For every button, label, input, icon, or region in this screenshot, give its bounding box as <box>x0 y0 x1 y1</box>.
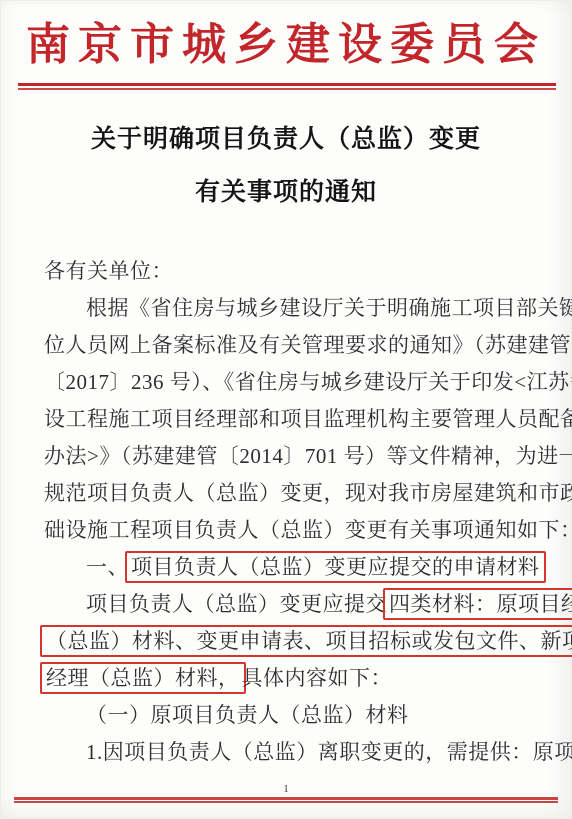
header-divider-thin-line <box>18 88 556 90</box>
footer-divider-top-line <box>14 797 558 800</box>
document-title-line2: 有关事项的通知 <box>0 177 572 209</box>
document-line: 经理（总监）材料，具体内容如下： <box>44 660 532 697</box>
body-text-segment: 位人员网上备案标准及有关管理要求的通知》（苏建建管 <box>44 333 571 357</box>
document-line: 设工程施工项目经理部和项目监理机构主要管理人员配备 <box>44 401 532 438</box>
document-line: 项目负责人（总监）变更应提交四类材料：原项目经理 <box>44 586 532 623</box>
footer-divider <box>14 797 558 803</box>
document-line: 础设施工程项目负责人（总监）变更有关事项通知如下： <box>44 512 532 549</box>
highlighted-text-segment: （总监）材料、变更申请表、项目招标或发包文件、新项目 <box>40 625 572 657</box>
body-text-segment: 〔2017〕236 号）、《省住房与城乡建设厅关于印发<江苏省建 <box>44 370 572 394</box>
body-text-segment: 1.因项目负责人（总监）离职变更的，需提供：原项目 <box>86 740 572 764</box>
body-text-segment: 办法>》（苏建建管〔2014〕701 号）等文件精神，为进一步 <box>44 444 572 468</box>
document-line: 〔2017〕236 号）、《省住房与城乡建设厅关于印发<江苏省建 <box>44 364 532 401</box>
highlighted-text-segment: 经理（总监）材料， <box>40 662 246 694</box>
highlighted-text-segment: 四类材料：原项目经理 <box>383 588 572 620</box>
body-text-segment: 础设施工程项目负责人（总监）变更有关事项通知如下： <box>44 518 572 542</box>
document-line: （总监）材料、变更申请表、项目招标或发包文件、新项目 <box>44 623 532 660</box>
document-page: 南京市城乡建设委员会 关于明确项目负责人（总监）变更 有关事项的通知 各有关单位… <box>0 0 572 819</box>
body-text-segment: 设工程施工项目经理部和项目监理机构主要管理人员配备 <box>44 407 572 431</box>
document-title-line1: 关于明确项目负责人（总监）变更 <box>0 124 572 156</box>
body-text-segment: 项目负责人（总监）变更应提交 <box>86 592 387 616</box>
document-line: 位人员网上备案标准及有关管理要求的通知》（苏建建管 <box>44 327 532 364</box>
footer-divider-bottom-line <box>14 801 558 803</box>
document-line: （一）原项目负责人（总监）材料 <box>44 697 532 734</box>
body-text-segment: （一）原项目负责人（总监）材料 <box>86 703 409 727</box>
document-line: 办法>》（苏建建管〔2014〕701 号）等文件精神，为进一步 <box>44 438 532 475</box>
highlighted-text-segment: 项目负责人（总监）变更应提交的申请材料 <box>125 551 546 583</box>
document-line: 各有关单位： <box>44 253 532 290</box>
letterhead: 南京市城乡建设委员会 <box>0 16 572 90</box>
document-line: 一、项目负责人（总监）变更应提交的申请材料 <box>44 549 532 586</box>
document-line: 根据《省住房与城乡建设厅关于明确施工项目部关键岗 <box>44 290 532 327</box>
body-text-segment: 根据《省住房与城乡建设厅关于明确施工项目部关键岗 <box>86 296 572 320</box>
document-body: 各有关单位：根据《省住房与城乡建设厅关于明确施工项目部关键岗位人员网上备案标准及… <box>0 253 572 771</box>
page-number: 1 <box>0 783 572 795</box>
document-line: 1.因项目负责人（总监）离职变更的，需提供：原项目 <box>44 734 532 771</box>
body-text-segment: 一、 <box>86 555 129 579</box>
header-divider <box>18 83 556 90</box>
body-text-segment: 具体内容如下： <box>242 666 393 690</box>
document-line: 规范项目负责人（总监）变更，现对我市房屋建筑和市政基 <box>44 475 532 512</box>
agency-header: 南京市城乡建设委员会 <box>8 16 564 74</box>
header-divider-thick-line <box>18 83 556 86</box>
body-text-segment: 规范项目负责人（总监）变更，现对我市房屋建筑和市政基 <box>44 481 572 505</box>
body-text-segment: 各有关单位： <box>44 259 173 283</box>
